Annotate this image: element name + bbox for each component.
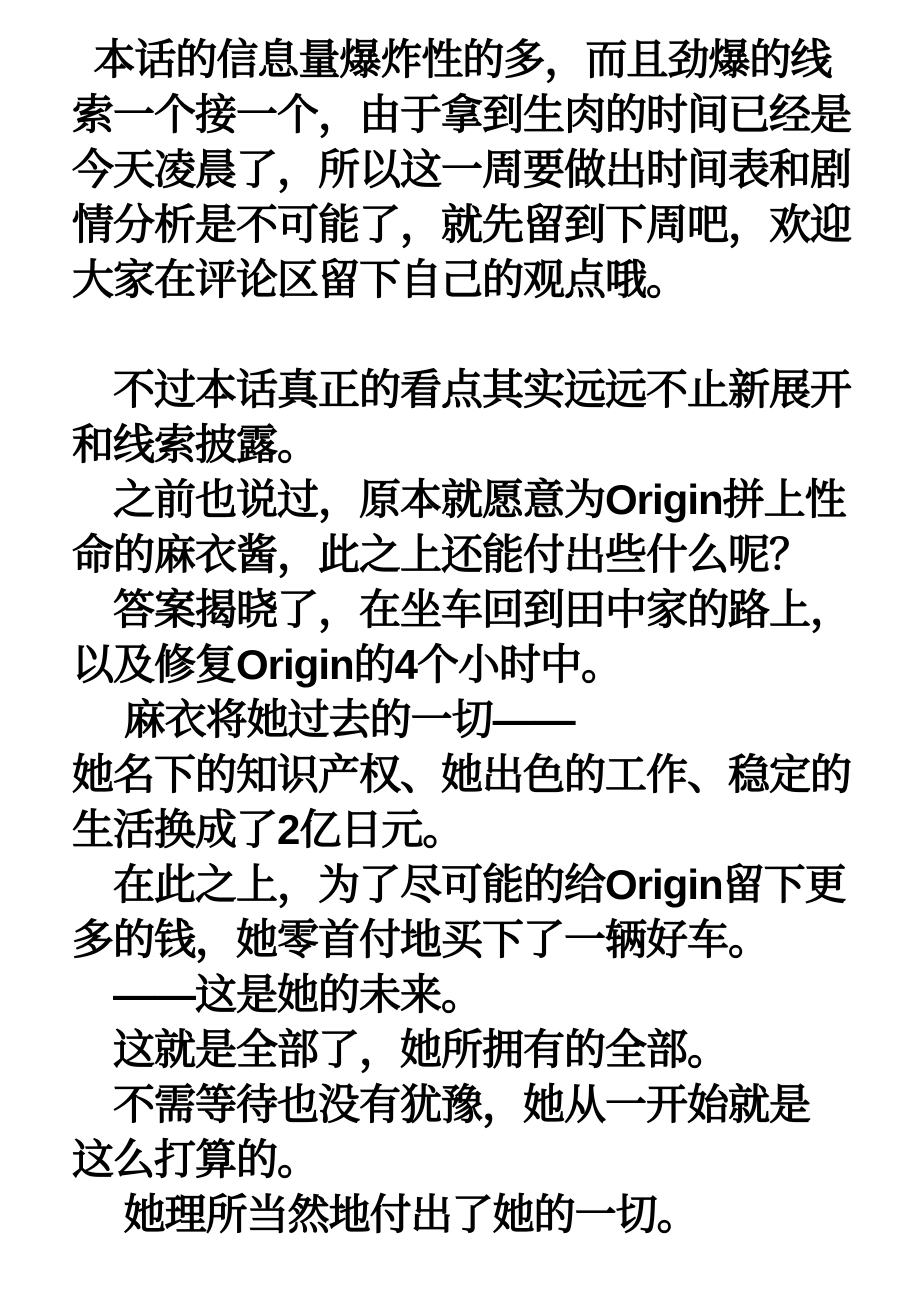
text-line: 和线索披露。 <box>72 417 858 472</box>
text-line: 她理所当然地付出了她的一切。 <box>72 1187 858 1242</box>
text-line: 这么打算的。 <box>72 1132 858 1187</box>
text-line: 麻衣将她过去的一切—— <box>72 692 858 747</box>
text-line: 多的钱，她零首付地买下了一辆好车。 <box>72 912 858 967</box>
text-line: 情分析是不可能了，就先留到下周吧，欢迎 <box>72 197 858 252</box>
text-line: 她名下的知识产权、她出色的工作、稳定的 <box>72 747 858 802</box>
text-line: 不过本话真正的看点其实远远不止新展开 <box>72 362 858 417</box>
commentary-article: 本话的信息量爆炸性的多，而且劲爆的线 索一个接一个，由于拿到生肉的时间已经是 今… <box>0 0 914 1242</box>
text-line: 这就是全部了，她所拥有的全部。 <box>72 1022 858 1077</box>
text-line: 答案揭晓了，在坐车回到田中家的路上， <box>72 582 858 637</box>
text-line: 今天凌晨了，所以这一周要做出时间表和剧 <box>72 142 858 197</box>
blank-line <box>72 307 858 362</box>
text-line: 索一个接一个，由于拿到生肉的时间已经是 <box>72 87 858 142</box>
text-line: 在此之上，为了尽可能的给Origin留下更 <box>72 857 858 912</box>
text-line: 之前也说过，原本就愿意为Origin拼上性 <box>72 472 858 527</box>
text-line: 生活换成了2亿日元。 <box>72 802 858 857</box>
text-line: 命的麻衣酱，此之上还能付出些什么呢？ <box>72 527 858 582</box>
text-line: 以及修复Origin的4个小时中。 <box>72 637 858 692</box>
text-line: ——这是她的未来。 <box>72 967 858 1022</box>
text-line: 本话的信息量爆炸性的多，而且劲爆的线 <box>72 32 858 87</box>
text-line: 大家在评论区留下自己的观点哦。 <box>72 252 858 307</box>
text-line: 不需等待也没有犹豫，她从一开始就是 <box>72 1077 858 1132</box>
